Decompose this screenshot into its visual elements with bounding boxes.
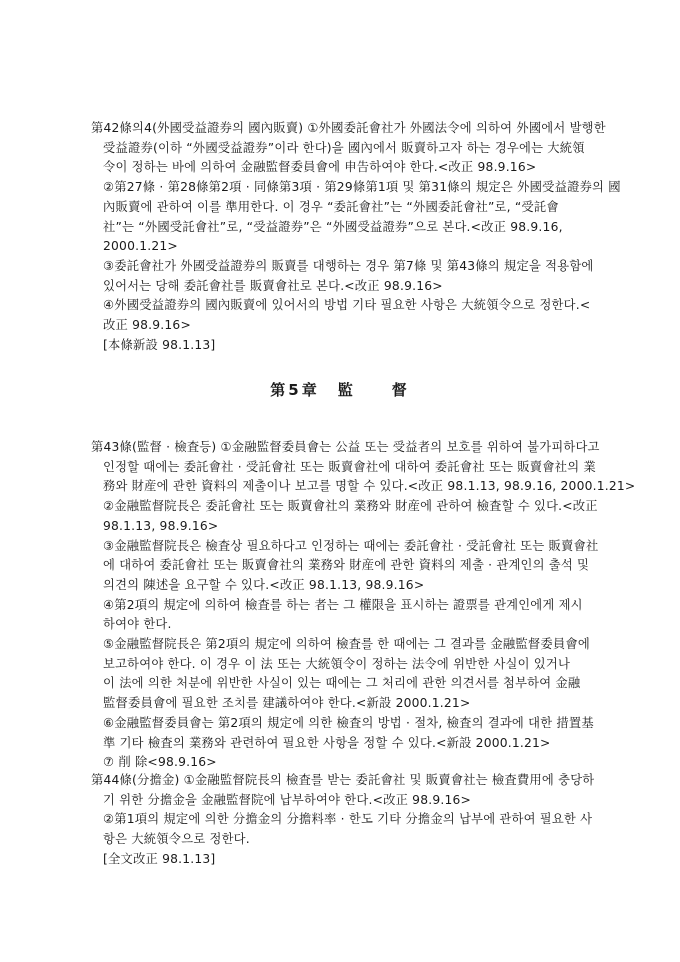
article-line: 98.1.13, 98.9.16> [103, 517, 601, 537]
article-43: 第43條(監督 · 檢査등) ①金融監督委員會는 公益 또는 受益者의 보호를 … [91, 438, 601, 773]
article-42-4: 第42條의4(外國受益證券의 國內販賣) ①外國委託會社가 外國法令에 의하여 … [91, 119, 601, 355]
article-line: 令이 정하는 바에 의하여 金融監督委員會에 申告하여야 한다.<改正 98.9… [103, 158, 601, 178]
article-heading-line: 第43條(監督 · 檢査등) ①金融監督委員會는 公益 또는 受益者의 보호를 … [91, 438, 601, 458]
article-line: 內販賣에 관하여 이를 準用한다. 이 경우 “委託會社”는 “外國委託會社”로… [103, 198, 601, 218]
article-line: 인정할 때에는 委託會社 · 受託會社 또는 販賣會社에 대하여 委託會社 또는… [103, 458, 601, 478]
article-heading-line: 第42條의4(外國受益證券의 國內販賣) ①外國委託會社가 外國法令에 의하여 … [91, 119, 601, 139]
article-line: 社”는 “外國受託會社”로, “受益證券”은 “外國受益證券”으로 본다.<改正… [103, 218, 601, 238]
article-line: 2000.1.21> [103, 237, 601, 257]
article-line: 監督委員會에 필요한 조치를 建議하여야 한다.<新設 2000.1.21> [103, 694, 601, 714]
article-heading-line: 第44條(分擔金) ①金融監督院長의 檢査를 받는 委託會社 및 販賣會社는 檢… [91, 771, 601, 791]
article-line: 하여야 한다. [103, 615, 601, 635]
article-line: ②第1項의 規定에 의한 分擔金의 分擔料率 · 한도 기타 分擔金의 납부에 … [103, 810, 601, 830]
article-line: 보고하여야 한다. 이 경우 이 法 또는 大統領令이 정하는 法令에 위반한 … [103, 655, 601, 675]
article-line: 務와 財産에 관한 資料의 제출이나 보고를 명할 수 있다.<改正 98.1.… [103, 477, 601, 497]
article-line: 에 대하여 委託會社 또는 販賣會社의 業務와 財産에 관한 資料의 제출 · … [103, 556, 601, 576]
article-line: ⑤金融監督院長은 第2項의 規定에 의하여 檢査를 한 때에는 그 결과를 金融… [103, 635, 601, 655]
article-line: ②第27條 · 第28條第2項 · 同條第3項 · 第29條第1項 및 第31條… [103, 178, 601, 198]
article-footnote-line: [本條新設 98.1.13] [103, 336, 601, 356]
article-line: 기 위한 分擔金을 金融監督院에 납부하여야 한다.<改正 98.9.16> [103, 791, 601, 811]
article-line: 이 法에 의한 처분에 위반한 사실이 있는 때에는 그 처리에 관한 의견서를… [103, 674, 601, 694]
article-line: ③金融監督院長은 檢査상 필요하다고 인정하는 때에는 委託會社 · 受託會社 … [103, 537, 601, 557]
article-line: 受益證券(이하 “外國受益證券”이라 한다)을 國內에서 販賣하고자 하는 경우… [103, 139, 601, 159]
article-line: 있어서는 당해 委託會社를 販賣會社로 본다.<改正 98.9.16> [103, 277, 601, 297]
article-line: ④外國受益證券의 國內販賣에 있어서의 방법 기타 필요한 사항은 大統領令으로… [103, 296, 601, 316]
article-line: 改正 98.9.16> [103, 316, 601, 336]
document-page: 第42條의4(外國受益證券의 國內販賣) ①外國委託會社가 外國法令에 의하여 … [0, 0, 680, 962]
article-line: 準 기타 檢査의 業務와 관련하여 필요한 사항을 정할 수 있다.<新設 20… [103, 734, 601, 754]
article-line: 항은 大統領令으로 정한다. [103, 830, 601, 850]
article-line: ⑥金融監督委員會는 第2項의 規定에 의한 檢査의 방법 · 절차, 檢査의 결… [103, 714, 601, 734]
article-line: ②金融監督院長은 委託會社 또는 販賣會社의 業務와 財産에 관하여 檢査할 수… [103, 497, 601, 517]
article-line: ③委託會社가 外國受益證券의 販賣를 대행하는 경우 第7條 및 第43條의 規… [103, 257, 601, 277]
article-44: 第44條(分擔金) ①金融監督院長의 檢査를 받는 委託會社 및 販賣會社는 檢… [91, 771, 601, 870]
article-line: ④第2項의 規定에 의하여 檢査를 하는 者는 그 權限을 표시하는 證票를 관… [103, 596, 601, 616]
article-footnote-line: [全文改正 98.1.13] [103, 850, 601, 870]
chapter-heading: 第5章 監 督 [0, 379, 680, 400]
article-line: ⑦ 削 除<98.9.16> [103, 753, 601, 773]
article-line: 의견의 陳述을 요구할 수 있다.<改正 98.1.13, 98.9.16> [103, 576, 601, 596]
